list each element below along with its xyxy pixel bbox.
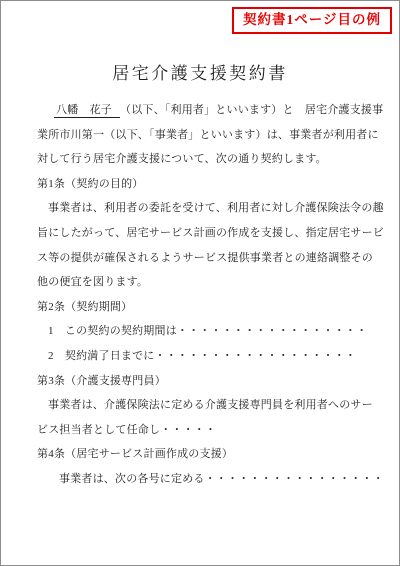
contract-document-page: 契約書1ページ目の例 居宅介護支援契約書 八幡 花子（以下、「利用者」といいます… [0, 0, 400, 566]
client-name: 八幡 花子 [54, 104, 120, 118]
article-heading: 第1条（契約の目的） [37, 172, 367, 197]
document-body: 八幡 花子（以下、「利用者」といいます）と 居宅介護支援事業所市川第一（以下、「… [37, 98, 367, 492]
article-heading: 第2条（契約期間） [37, 295, 367, 320]
article-body-line: 他の便宜を図ります。 [37, 270, 367, 295]
article-heading: 第3条（介護支援専門員） [37, 369, 367, 394]
article-body-line: 事業者は、介護保険法に定める介護支援専門員を利用者へのサー [37, 393, 367, 418]
article-heading: 第4条（居宅サービス計画作成の支援） [37, 442, 367, 467]
intro-line: 対して行う居宅介護支援について、次の通り契約します。 [37, 147, 367, 172]
intro-line: 業所市川第一（以下、「事業者」といいます）は、事業者が利用者に [37, 123, 367, 148]
article-body-line: ビス担当者として任命し・・・・・ [37, 418, 367, 443]
article-body-line: ス等の提供が確保されるようサービス提供事業者との連絡調整その [37, 246, 367, 271]
intro-line: 八幡 花子（以下、「利用者」といいます）と 居宅介護支援事 [37, 98, 367, 123]
article-body-line: 旨にしたがって、居宅サービス計画の作成を支援し、指定居宅サービ [37, 221, 367, 246]
document-title: 居宅介護支援契約書 [1, 59, 399, 84]
numbered-item: 1 この契約の契約期間は・・・・・・・・・・・・・・・・・ [37, 319, 367, 344]
example-label-badge: 契約書1ページ目の例 [232, 7, 392, 34]
article-body-line: 事業者は、次の各号に定める・・・・・・・・・・・・・・・・ [37, 467, 367, 492]
numbered-item: 2 契約満了日までに・・・・・・・・・・・・・・・・・・ [37, 344, 367, 369]
article-body-line: 事業者は、利用者の委託を受けて、利用者に対し介護保険法令の趣 [37, 196, 367, 221]
